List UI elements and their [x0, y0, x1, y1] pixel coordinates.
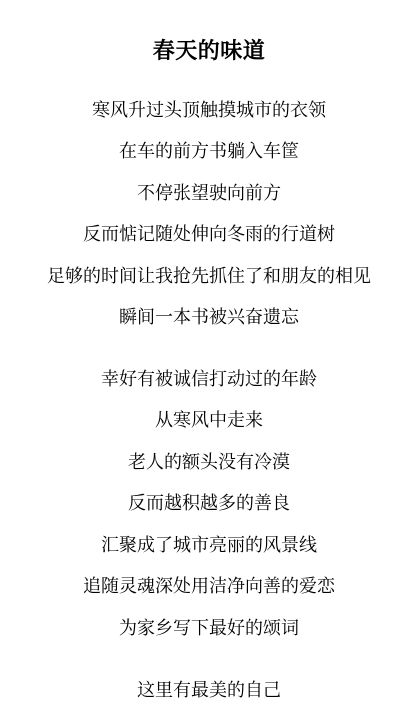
poem-line: 汇聚成了城市亮丽的风景线 [0, 525, 418, 567]
poem-line: 老人的额头没有冷漠 [0, 442, 418, 484]
poem-line: 从寒风中走来 [0, 400, 418, 442]
poem-line: 追随灵魂深处用洁净向善的爱恋 [0, 566, 418, 608]
poem-line: 反而越积越多的善良 [0, 483, 418, 525]
poem-line: 不停张望驶向前方 [0, 173, 418, 215]
poem-line: 这里有最美的自己 [0, 670, 418, 706]
poem-line: 反而惦记随处伸向冬雨的行道树 [0, 214, 418, 256]
poem-line: 为家乡写下最好的颂词 [0, 608, 418, 650]
poem-line: 瞬间一本书被兴奋遗忘 [0, 297, 418, 339]
poem-stanza-2: 幸好有被诚信打动过的年龄 从寒风中走来 老人的额头没有冷漠 反而越积越多的善良 … [0, 359, 418, 650]
poem-stanza-1: 寒风升过头顶触摸城市的衣领 在车的前方书躺入车筐 不停张望驶向前方 反而惦记随处… [0, 90, 418, 339]
document-page: 春天的味道 寒风升过头顶触摸城市的衣领 在车的前方书躺入车筐 不停张望驶向前方 … [0, 0, 418, 706]
poem-title: 春天的味道 [0, 39, 418, 63]
poem-line: 足够的时间让我抢先抓住了和朋友的相见 [0, 256, 418, 298]
poem-line: 在车的前方书躺入车筐 [0, 131, 418, 173]
poem-line: 幸好有被诚信打动过的年龄 [0, 359, 418, 401]
poem-stanza-3: 这里有最美的自己 [0, 670, 418, 706]
poem-line: 寒风升过头顶触摸城市的衣领 [0, 90, 418, 132]
